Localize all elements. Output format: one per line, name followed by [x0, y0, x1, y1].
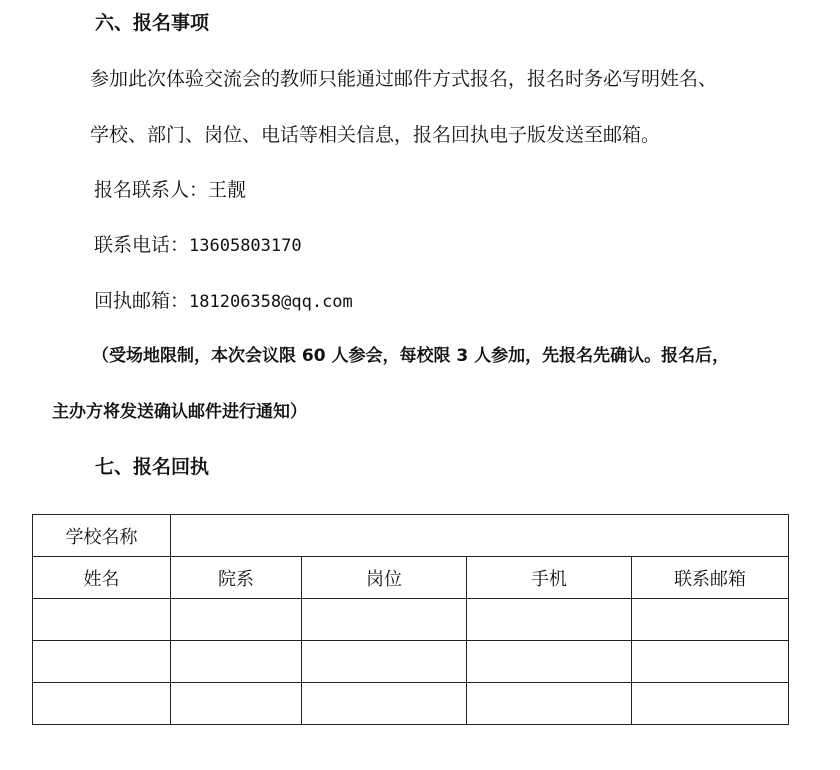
header-email: 联系邮箱: [632, 557, 789, 599]
table-row: [33, 599, 789, 641]
registration-receipt-table: 学校名称 姓名 院系 岗位 手机 联系邮箱: [32, 514, 789, 725]
contact-phone-value: 13605803170: [189, 236, 302, 256]
mobile-cell[interactable]: [467, 683, 632, 725]
email-cell[interactable]: [632, 641, 789, 683]
contact-phone-label: 联系电话：: [94, 234, 189, 256]
email-cell[interactable]: [632, 599, 789, 641]
contact-person: 报名联系人：王靓: [94, 178, 246, 202]
department-cell[interactable]: [171, 599, 302, 641]
registration-paragraph-line-1: 参加此次体验交流会的教师只能通过邮件方式报名，报名时务必写明姓名、: [90, 67, 717, 91]
receipt-email: 回执邮箱：181206358@qq.com: [94, 289, 353, 314]
receipt-email-value[interactable]: 181206358@qq.com: [189, 292, 353, 312]
section-7-title: 七、报名回执: [95, 455, 209, 479]
header-department: 院系: [171, 557, 302, 599]
note-line-1: （受场地限制，本次会议限 60 人参会，每校限 3 人参加，先报名先确认。报名后…: [92, 344, 729, 368]
header-mobile: 手机: [467, 557, 632, 599]
position-cell[interactable]: [302, 683, 467, 725]
contact-person-name: 王靓: [208, 179, 246, 201]
contact-phone: 联系电话：13605803170: [94, 233, 302, 258]
table-row: [33, 641, 789, 683]
school-row: 学校名称: [33, 515, 789, 557]
name-cell[interactable]: [33, 683, 171, 725]
receipt-email-label: 回执邮箱：: [94, 290, 189, 312]
header-name: 姓名: [33, 557, 171, 599]
mobile-cell[interactable]: [467, 641, 632, 683]
header-row: 姓名 院系 岗位 手机 联系邮箱: [33, 557, 789, 599]
contact-person-label: 报名联系人：: [94, 179, 208, 201]
department-cell[interactable]: [171, 641, 302, 683]
position-cell[interactable]: [302, 641, 467, 683]
email-cell[interactable]: [632, 683, 789, 725]
mobile-cell[interactable]: [467, 599, 632, 641]
school-name-field[interactable]: [171, 515, 789, 557]
header-position: 岗位: [302, 557, 467, 599]
note-line-2: 主办方将发送确认邮件进行通知）: [52, 400, 307, 424]
name-cell[interactable]: [33, 641, 171, 683]
department-cell[interactable]: [171, 683, 302, 725]
name-cell[interactable]: [33, 599, 171, 641]
section-6-title: 六、报名事项: [95, 11, 209, 35]
position-cell[interactable]: [302, 599, 467, 641]
table-row: [33, 683, 789, 725]
school-name-label: 学校名称: [33, 515, 171, 557]
registration-paragraph-line-2: 学校、部门、岗位、电话等相关信息，报名回执电子版发送至邮箱。: [90, 123, 660, 147]
